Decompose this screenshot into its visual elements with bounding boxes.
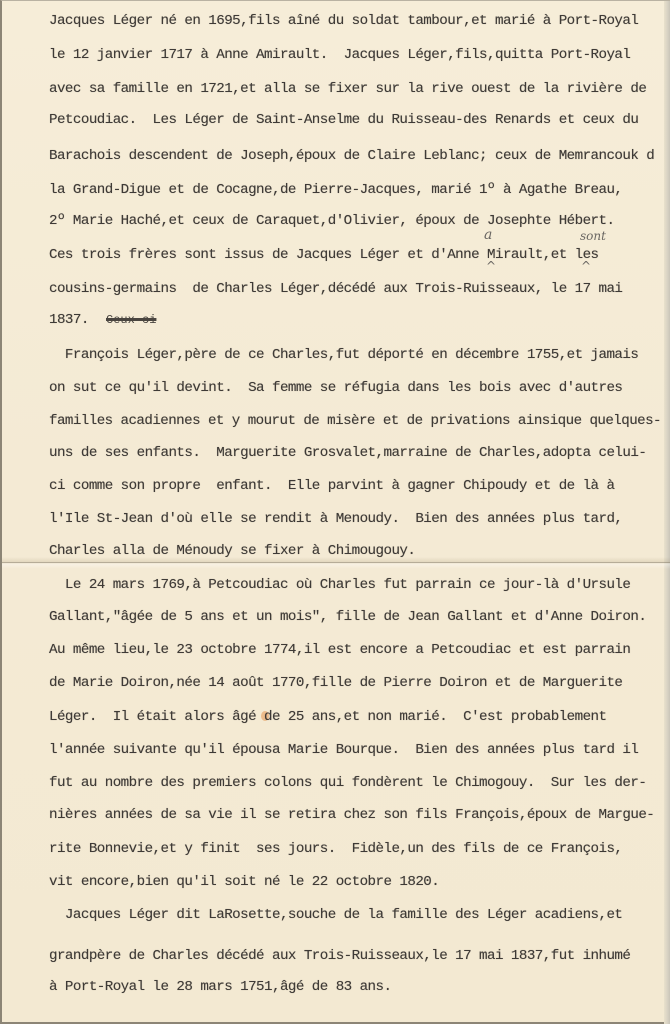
text-line: 1837. bbox=[49, 312, 89, 328]
text-line: Au même lieu,le 23 octobre 1774,il est e… bbox=[49, 642, 630, 658]
paper-fold-line bbox=[2, 562, 670, 563]
text-line: Gallant,"âgée de 5 ans et un mois", fill… bbox=[49, 609, 646, 625]
handwritten-annotation: a bbox=[484, 227, 492, 243]
text-line: on sut ce qu'il devint. Sa femme se réfu… bbox=[49, 380, 622, 396]
text-line: Barachois descendent de Joseph,époux de … bbox=[49, 148, 654, 164]
text-line: de Marie Doiron,née 14 août 1770,fille d… bbox=[49, 675, 622, 691]
insertion-caret: ^ bbox=[581, 259, 591, 273]
text-line: François Léger,père de ce Charles,fut dé… bbox=[49, 347, 638, 363]
text-line: grandpère de Charles décédé aux Trois-Ru… bbox=[49, 948, 630, 964]
insertion-caret: ^ bbox=[486, 259, 496, 273]
text-line: vit encore,bien qu'il soit né le 22 octo… bbox=[49, 874, 439, 890]
text-line: Le 24 mars 1769,à Petcoudiac où Charles … bbox=[49, 577, 630, 593]
text-line: à Port-Royal le 28 mars 1751,âgé de 83 a… bbox=[49, 979, 391, 995]
text-line: l'Ile St-Jean d'où elle se rendit à Meno… bbox=[49, 511, 622, 527]
text-line: Léger. Il était alors âgé de 25 ans,et n… bbox=[49, 709, 606, 725]
text-line: avec sa famille en 1721,et alla se fixer… bbox=[49, 81, 646, 97]
text-line: 2º Marie Haché,et ceux de Caraquet,d'Oli… bbox=[49, 213, 614, 229]
page-edge bbox=[664, 1, 670, 1024]
text-line: le 12 janvier 1717 à Anne Amirault. Jacq… bbox=[49, 47, 630, 63]
text-line: familles acadiennes et y mourut de misèr… bbox=[49, 413, 661, 429]
text-line: Petcoudiac. Les Léger de Saint-Anselme d… bbox=[49, 112, 638, 128]
text-line: l'année suivante qu'il épousa Marie Bour… bbox=[49, 742, 638, 758]
text-line: la Grand-Digue et de Cocagne,de Pierre-J… bbox=[49, 182, 622, 198]
struck-out-text: Ceux-ci bbox=[106, 313, 156, 327]
text-line: rite Bonnevie,et y finit ses jours. Fidè… bbox=[49, 841, 622, 857]
handwritten-annotation: sont bbox=[580, 229, 606, 243]
text-line: Ces trois frères sont issus de Jacques L… bbox=[49, 247, 599, 263]
text-line: Charles alla de Ménoudy se fixer à Chimo… bbox=[49, 543, 415, 559]
text-line: ci comme son propre enfant. Elle parvint… bbox=[49, 478, 614, 494]
text-line: Jacques Léger dit LaRosette,souche de la… bbox=[49, 907, 622, 923]
text-line: Jacques Léger né en 1695,fils aîné du so… bbox=[49, 13, 638, 29]
text-line: nières années de sa vie il se retira che… bbox=[49, 807, 654, 823]
document-page: Jacques Léger né en 1695,fils aîné du so… bbox=[0, 0, 670, 1024]
text-line: fut au nombre des premiers colons qui fo… bbox=[49, 775, 646, 791]
text-line: uns de ses enfants. Marguerite Grosvalet… bbox=[49, 445, 646, 461]
text-line: cousins-germains de Charles Léger,décédé… bbox=[49, 281, 622, 297]
